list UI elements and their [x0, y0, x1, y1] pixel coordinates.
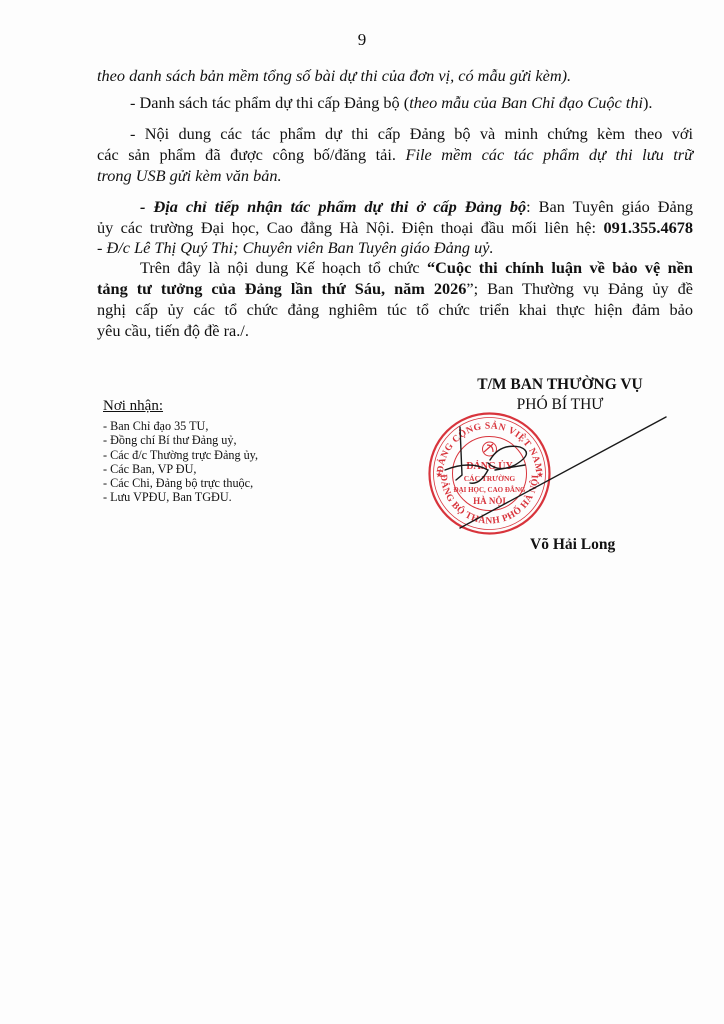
text: các sản phẩm đã được công bố/đăng tải. [97, 145, 406, 164]
recipient-item: - Đồng chí Bí thư Đảng uỷ, [103, 433, 258, 447]
text-bold: tảng tư tưởng của Đảng lần thứ Sáu, năm … [97, 279, 466, 298]
signature-name: Võ Hải Long [530, 536, 615, 554]
text: : Ban Tuyên giáo Đảng [526, 197, 693, 216]
recipient-item: - Các đ/c Thường trực Đảng ủy, [103, 448, 258, 462]
body-line-4: các sản phẩm đã được công bố/đăng tải. F… [97, 145, 693, 165]
page-number: 9 [0, 30, 724, 50]
text-italic: File mềm các tác phẩm dự thi lưu trữ [406, 145, 693, 164]
body-line-10: tảng tư tưởng của Đảng lần thứ Sáu, năm … [97, 279, 693, 299]
body-line-7: ủy các trường Đại học, Cao đẳng Hà Nội. … [97, 218, 693, 238]
body-line-1: theo danh sách bản mềm tổng số bài dự th… [97, 66, 571, 86]
text-bold-italic: - Địa chỉ tiếp nhận tác phẩm dự thi ở cấ… [140, 197, 526, 216]
body-line-12: yêu cầu, tiến độ đề ra./. [97, 321, 249, 341]
body-line-6: - Địa chỉ tiếp nhận tác phẩm dự thi ở cấ… [140, 197, 693, 217]
text-italic: theo mẫu của Ban Chỉ đạo Cuộc thi [409, 93, 643, 112]
body-line-2: - Danh sách tác phẩm dự thi cấp Đảng bộ … [130, 93, 652, 113]
body-line-3: - Nội dung các tác phẩm dự thi cấp Đảng … [130, 124, 693, 144]
recipients-title: Nơi nhận: [103, 398, 258, 415]
recipient-item: - Lưu VPĐU, Ban TGĐU. [103, 490, 258, 504]
recipient-item: - Ban Chỉ đạo 35 TU, [103, 419, 258, 433]
body-line-8: - Đ/c Lê Thị Quý Thi; Chuyên viên Ban Tu… [97, 238, 494, 258]
text-bold: “Cuộc thi chính luận về bảo vệ nền [427, 258, 693, 277]
body-line-5: trong USB gửi kèm văn bản. [97, 166, 282, 186]
recipient-item: - Các Ban, VP ĐU, [103, 462, 258, 476]
body-line-11: nghị cấp ủy các tổ chức đảng nghiêm túc … [97, 300, 693, 320]
signature-icon [440, 415, 670, 530]
text: ). [643, 93, 653, 112]
recipients-block: Nơi nhận: - Ban Chỉ đạo 35 TU, - Đồng ch… [103, 398, 258, 505]
text: - Danh sách tác phẩm dự thi cấp Đảng bộ … [130, 93, 409, 112]
text: Trên đây là nội dung Kế hoạch tổ chức [140, 258, 427, 277]
body-line-9: Trên đây là nội dung Kế hoạch tổ chức “C… [140, 258, 693, 278]
phone-number: 091.355.4678 [603, 218, 693, 237]
text: ”; Ban Thường vụ Đảng ủy đề [466, 279, 693, 298]
text: ủy các trường Đại học, Cao đẳng Hà Nội. … [97, 218, 603, 237]
recipient-item: - Các Chi, Đảng bộ trực thuộc, [103, 476, 258, 490]
signature-org: T/M BAN THƯỜNG VỤ [440, 376, 680, 394]
